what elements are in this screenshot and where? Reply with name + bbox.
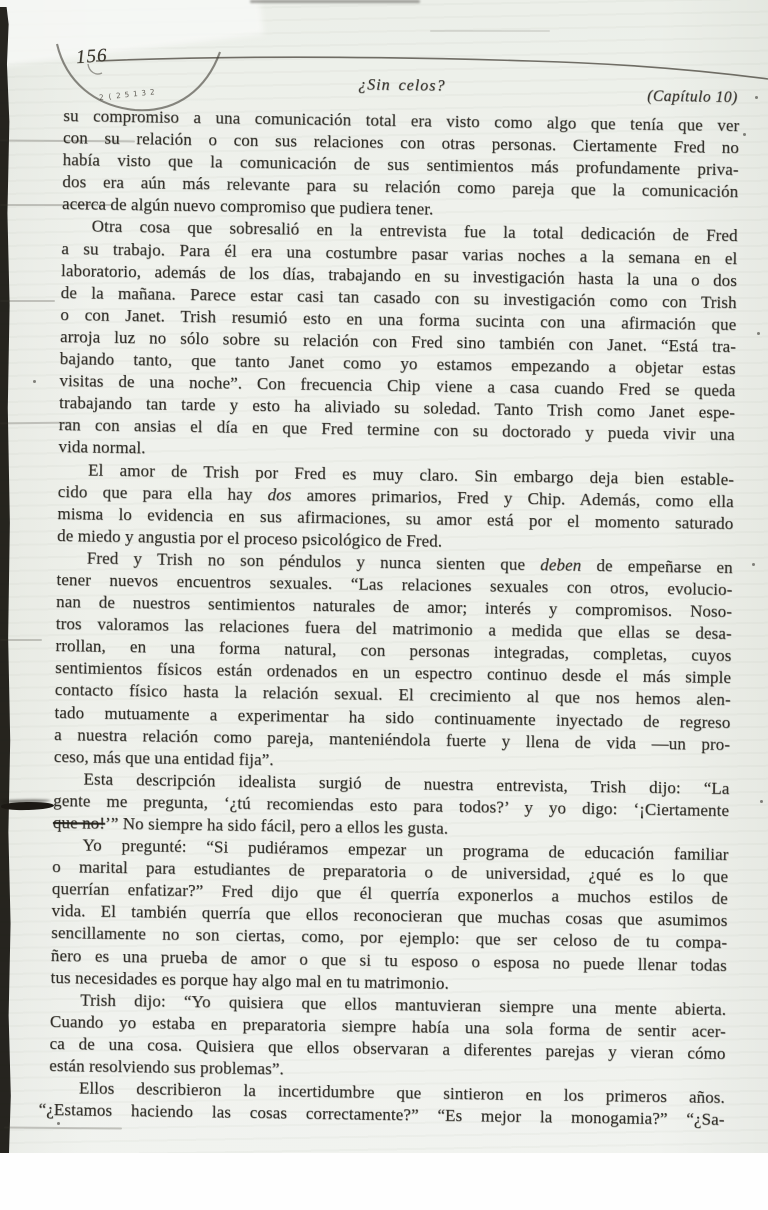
chapter-label: (Capítulo 10) (647, 88, 738, 107)
scan-speck (752, 563, 755, 566)
scan-speck (57, 1122, 60, 1125)
scan-speck (33, 380, 36, 383)
scan-speck (743, 133, 746, 136)
scan-speck (755, 96, 758, 99)
text-block: su compromiso a una comunicación total e… (48, 105, 739, 1131)
scan-speck (760, 800, 763, 803)
scan-streak (0, 204, 112, 206)
scan-bottom-margin (0, 1153, 768, 1210)
scan-streak (0, 300, 55, 302)
page-number: 156 (75, 45, 108, 69)
page-content: ¿Sin celos? (Capítulo 10) su compromiso … (48, 72, 739, 1131)
scan-speck (757, 332, 760, 335)
scan-streak (250, 0, 420, 3)
scan-streak (0, 639, 42, 641)
scan-streak (430, 30, 550, 32)
